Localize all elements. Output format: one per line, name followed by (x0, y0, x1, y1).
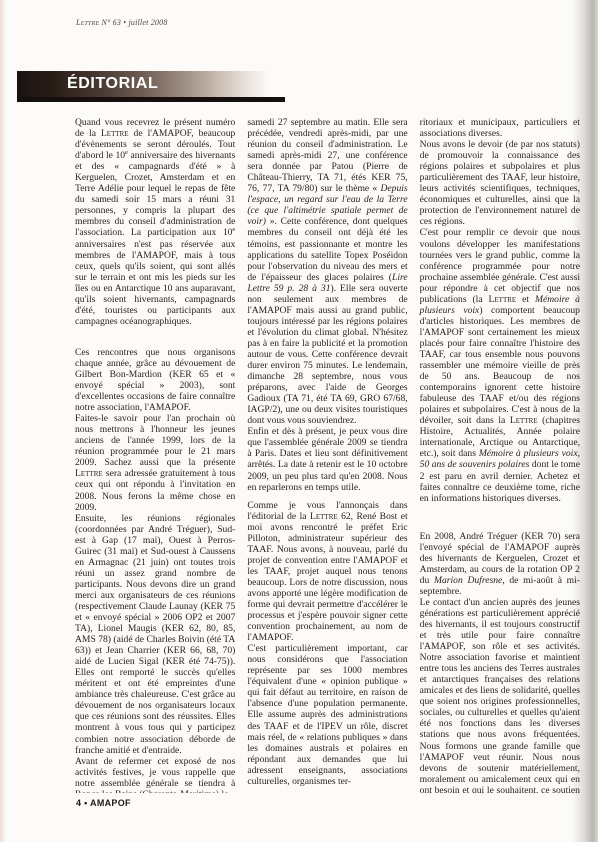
paragraph: Ensuite, les réunions régionales (coordo… (75, 513, 235, 756)
text-run: Faites-le savoir pour l'an prochain où n… (75, 413, 235, 468)
paragraph: C'est pour remplir ce devoir que nous vo… (420, 227, 580, 503)
text-run-smallcaps: Lettre (75, 468, 103, 479)
paragraph: Enfin et dès à présent, je peux vous dir… (247, 426, 407, 492)
page-title: ÉDITORIAL (17, 71, 268, 97)
paragraph: Faites-le savoir pour l'an prochain où n… (75, 413, 235, 512)
scanned-newsletter-page: { "header": { "meta_runs": [ {"text":"Le… (0, 0, 598, 842)
text-run: Enfin et dès à présent, je peux vous dir… (247, 426, 407, 492)
text-run: 62, René Bost et moi avons rencontré le … (247, 511, 407, 644)
text-run: ). Elle sera ouverte non seulement aux m… (247, 283, 407, 427)
text-run: anniversaire des hivernants et des « cam… (75, 150, 235, 238)
text-run-smallcaps: Lettre (101, 128, 129, 139)
text-column-3: ritoriaux et municipaux, particuliers et… (420, 117, 580, 793)
text-run: Ensuite, les réunions régionales (coordo… (75, 513, 235, 756)
footer-page-number: 4 • AMAPOF (76, 798, 131, 808)
banner-underline (17, 97, 285, 102)
editorial-banner: ÉDITORIAL (17, 71, 268, 97)
text-run: Nous avons le devoir (de par nos statuts… (420, 139, 580, 227)
paragraph: Le contact d'un ancien auprès des jeunes… (420, 597, 580, 793)
text-run-italic: Marion Dufresne (434, 575, 502, 586)
paragraph: Avant de refermer cet exposé de nos acti… (75, 756, 235, 793)
paragraph: En 2008, André Tréguer (KER 70) sera l'e… (420, 531, 580, 597)
scan-edge-left (0, 0, 6, 842)
paragraph: C'est particulièrement important, car no… (247, 643, 407, 787)
text-run: et (516, 294, 535, 305)
text-run: Le contact d'un ancien auprès des jeunes… (420, 597, 580, 793)
text-run: ) comportent beaucoup d'articles histori… (420, 305, 580, 426)
text-run: Ces rencontres que nous organisons chaqu… (75, 347, 235, 413)
text-run-smallcaps: Lettre (489, 294, 517, 305)
text-run: C'est particulièrement important, car no… (247, 643, 407, 787)
text-column-2: samedi 27 septembre au matin. Elle sera … (247, 117, 407, 793)
paragraph: Ces rencontres que nous organisons chaqu… (75, 347, 235, 413)
text-run: Avant de refermer cet exposé de nos acti… (75, 756, 235, 793)
article-body: Quand vous recevrez le présent numéro de… (75, 117, 580, 793)
text-run: anniversaires n'est pas réservée aux mem… (75, 239, 235, 327)
paragraph: Nous avons le devoir (de par nos statuts… (420, 139, 580, 227)
header-meta: Lettre N° 63 • juillet 2008 (76, 18, 168, 27)
text-column-1: Quand vous recevrez le présent numéro de… (75, 117, 235, 793)
paragraph: ritoriaux et municipaux, particuliers et… (420, 117, 580, 139)
paragraph: Comme je vous l'annonçais dans l'éditori… (247, 500, 407, 644)
text-run-smallcaps: Lettre (510, 415, 538, 426)
text-run: N° 63 • juillet 2008 (99, 18, 167, 27)
paragraph: samedi 27 septembre au matin. Elle sera … (247, 117, 407, 426)
text-run: ritoriaux et municipaux, particuliers et… (420, 117, 580, 139)
text-run-smallcaps: Lettre (310, 511, 338, 522)
text-run-sup: e (232, 226, 235, 233)
text-run: ». Cette conférence, dont quelques membr… (247, 216, 407, 282)
paragraph: Quand vous recevrez le présent numéro de… (75, 117, 235, 327)
text-run-smallcaps: Lettre (76, 18, 99, 27)
